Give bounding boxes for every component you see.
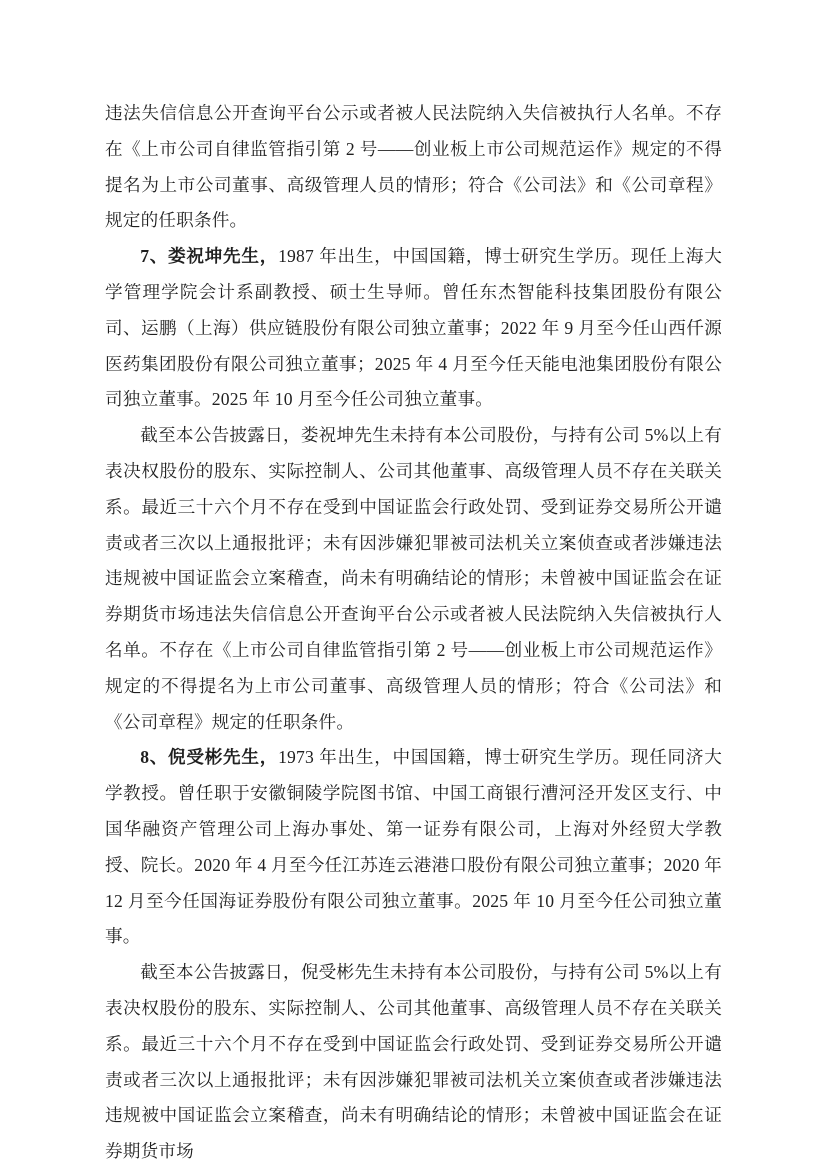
paragraph-director-8-compliance: 截至本公告披露日，倪受彬先生未持有本公司股份，与持有公司 5%以上有表决权股份的… xyxy=(105,955,722,1169)
paragraph-director-7-bio: 7、娄祝坤先生，1987 年出生，中国国籍，博士研究生学历。现任上海大学管理学院… xyxy=(105,239,722,418)
paragraph-lead-director-7: 7、娄祝坤先生， xyxy=(140,246,278,266)
paragraph-director-8-bio: 8、倪受彬先生，1973 年出生，中国国籍，博士研究生学历。现任同济大学教授。曾… xyxy=(105,740,722,955)
paragraph-body: 1973 年出生，中国国籍，博士研究生学历。现任同济大学教授。曾任职于安徽铜陵学… xyxy=(105,747,722,946)
document-page: 违法失信信息公开查询平台公示或者被人民法院纳入失信被执行人名单。不存在《上市公司… xyxy=(0,0,827,1169)
paragraph-body: 截至本公告披露日，倪受彬先生未持有本公司股份，与持有公司 5%以上有表决权股份的… xyxy=(105,962,722,1161)
paragraph-director-7-compliance: 截至本公告披露日，娄祝坤先生未持有本公司股份，与持有公司 5%以上有表决权股份的… xyxy=(105,418,722,740)
paragraph-body: 1987 年出生，中国国籍，博士研究生学历。现任上海大学管理学院会计系副教授、硕… xyxy=(105,246,722,409)
paragraph-continuation-compliance: 违法失信信息公开查询平台公示或者被人民法院纳入失信被执行人名单。不存在《上市公司… xyxy=(105,96,722,239)
paragraph-lead-director-8: 8、倪受彬先生， xyxy=(140,747,278,767)
paragraph-body: 截至本公告披露日，娄祝坤先生未持有本公司股份，与持有公司 5%以上有表决权股份的… xyxy=(105,425,722,731)
document-content: 违法失信信息公开查询平台公示或者被人民法院纳入失信被执行人名单。不存在《上市公司… xyxy=(105,96,722,1169)
paragraph-body: 违法失信信息公开查询平台公示或者被人民法院纳入失信被执行人名单。不存在《上市公司… xyxy=(105,103,722,230)
